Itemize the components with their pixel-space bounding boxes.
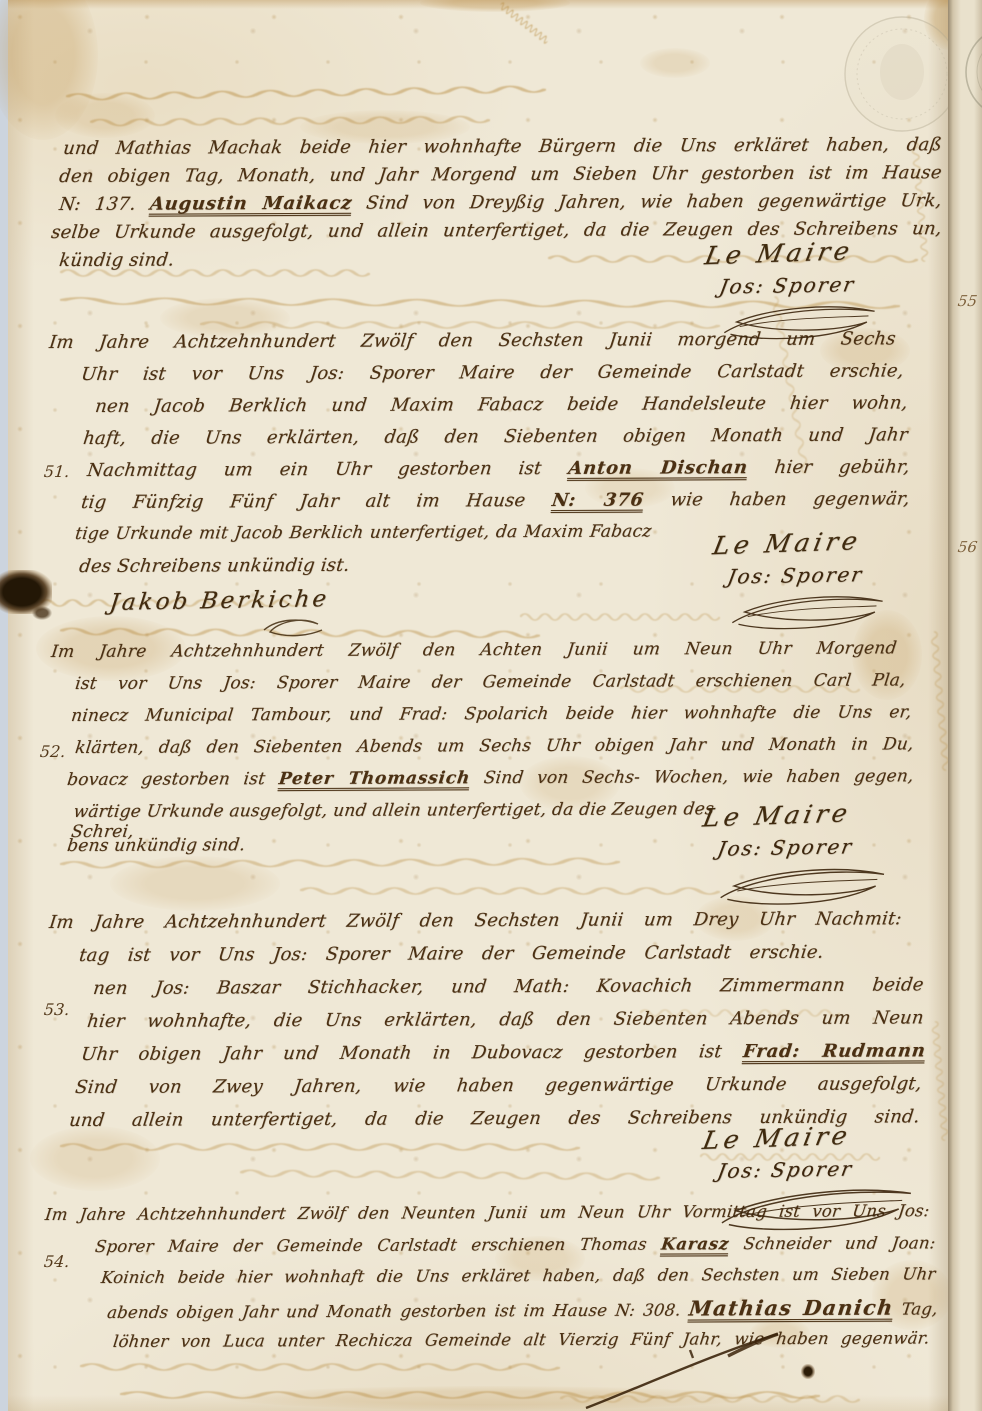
witness-signature: Jakob Berkiche	[108, 586, 331, 616]
mayor-signature-name: Jos: Sporer	[718, 271, 899, 298]
margin-entry-number: 53.	[43, 1000, 70, 1019]
paper-stain	[110, 856, 280, 911]
mayor-signature-name: Jos: Sporer	[726, 561, 907, 588]
mayor-signature-title: Le Maire	[702, 235, 899, 271]
manuscript-line: abends obigen Jahr und Monath gestorben …	[106, 1295, 939, 1323]
manuscript-line: bovacz gestorben ist Peter Thomassich Si…	[66, 766, 915, 790]
signature-flourish	[704, 1183, 934, 1235]
manuscript-line: ist vor Uns Jos: Sporer Maire der Gemein…	[74, 670, 907, 694]
manuscript-line: N: 137. Augustin Maikacz Sind von Dreyßi…	[58, 190, 943, 215]
line-segment: tig Fünfzig Fünf Jahr alt im Hause	[80, 490, 553, 513]
mayor-signature-block-3: Le Maire Jos: Sporer	[704, 800, 904, 911]
ink-bleedthrough	[80, 1360, 560, 1374]
margin-entry-number: 51.	[43, 462, 70, 481]
line-segment: hier gebühr,	[747, 456, 911, 478]
signature-flourish	[704, 861, 904, 911]
ink-bleedthrough	[300, 884, 720, 898]
manuscript-line: tige Urkunde mit Jacob Berklich unterfer…	[74, 521, 653, 544]
signature-flourish	[714, 589, 904, 635]
manuscript-line: den obigen Tag, Monath, und Jahr Morgend…	[58, 162, 943, 187]
next-page-entry-number: 56	[957, 538, 979, 556]
paper-stain	[55, 93, 155, 138]
house-number: N: 376	[551, 490, 645, 511]
next-page-seal-partial	[950, 16, 982, 126]
paper-stain	[640, 48, 710, 78]
manuscript-line: Uhr obigen Jahr und Monath in Dubovacz g…	[80, 1040, 927, 1065]
paper-stain	[30, 1126, 160, 1191]
witness-name: Karasz	[660, 1234, 730, 1253]
manuscript-line: Im Jahre Achtzehnhundert Zwölf den Achte…	[50, 638, 898, 662]
ink-blot	[32, 606, 52, 620]
manuscript-line: des Schreibens unkündig ist.	[78, 555, 411, 577]
line-segment: wie haben gegenwär,	[643, 488, 911, 510]
margin-entry-number: 52.	[39, 742, 66, 761]
manuscript-line: nen Jacob Berklich und Maxim Fabacz beid…	[94, 392, 909, 417]
line-segment: N: 137.	[58, 194, 151, 215]
manuscript-line: bens unkündig sind.	[66, 835, 308, 856]
deceased-name: Peter Thomassich	[278, 768, 472, 789]
manuscript-line: haft, die Uns erklärten, daß den Siebent…	[82, 424, 909, 449]
witness-signature-flourish	[258, 614, 330, 640]
mayor-signature-name: Jos: Sporer	[716, 833, 907, 860]
deceased-name: Frad: Rudmann	[742, 1040, 927, 1062]
mayor-signature-block-2: Le Maire Jos: Sporer	[714, 528, 904, 635]
mayor-signature-block-4: Le Maire Jos: Sporer	[704, 1122, 934, 1235]
mayor-signature-block-1: Le Maire Jos: Sporer	[706, 238, 896, 345]
manuscript-line: Koinich beide hier wohnhaft die Uns erkl…	[100, 1264, 937, 1287]
line-segment: abends obigen Jahr und Monath gestorben …	[106, 1300, 690, 1322]
deceased-name: Anton Dischan	[567, 457, 749, 479]
manuscript-line: und Mathias Machak beide hier wohnhafte …	[62, 134, 943, 159]
margin-entry-number: 54.	[43, 1252, 70, 1271]
manuscript-line: tig Fünfzig Fünf Jahr alt im Hause N: 37…	[80, 488, 911, 513]
line-segment: Sind von Sechs- Wochen, wie haben gegen,	[469, 766, 915, 788]
manuscript-line: klärten, daß den Siebenten Abends um Sec…	[74, 734, 915, 758]
mayor-signature-name: Jos: Sporer	[716, 1155, 937, 1183]
line-segment: Sporer Maire der Gemeinde Carlstadt ersc…	[94, 1235, 662, 1256]
line-segment: Sind von Dreyßig Jahren, wie haben gegen…	[351, 190, 943, 214]
deceased-name: Mathias Danich	[688, 1296, 895, 1321]
manuscript-line: Uhr ist vor Uns Jos: Sporer Maire der Ge…	[80, 360, 905, 385]
manuscript-line: Sind von Zwey Jahren, wie haben gegenwär…	[74, 1073, 923, 1098]
ink-bleedthrough	[240, 1166, 660, 1184]
mayor-signature-title: Le Maire	[700, 1118, 937, 1155]
line-segment: Uhr obigen Jahr und Monath in Dubovacz g…	[80, 1041, 744, 1065]
manuscript-line: tag ist vor Uns Jos: Sporer Maire der Ge…	[78, 942, 825, 966]
manuscript-line: kündig sind.	[58, 249, 301, 271]
line-segment: bovacz gestorben ist	[66, 769, 280, 790]
mayor-signature-title: Le Maire	[710, 525, 907, 561]
scanned-manuscript: { "document": { "type_note": "handwritte…	[0, 0, 982, 1411]
signature-flourish	[706, 299, 896, 345]
manuscript-line: löhner von Luca unter Rechicza Gemeinde …	[112, 1328, 931, 1351]
manuscript-line: Im Jahre Achtzehnhundert Zwölf den Sechs…	[48, 908, 903, 933]
manuscript-line: Sporer Maire der Gemeinde Carlstadt ersc…	[94, 1233, 937, 1256]
next-page-fore-edge: 55 56	[948, 0, 982, 1411]
manuscript-line: Nachmittag um ein Uhr gestorben ist Anto…	[86, 456, 911, 481]
paper-stain	[420, 0, 570, 12]
manuscript-line: ninecz Municipal Tambour, und Frad: Spol…	[70, 702, 913, 726]
ink-bleedthrough	[520, 610, 720, 624]
mayor-signature-title: Le Maire	[700, 797, 907, 833]
ink-dot	[801, 1364, 815, 1379]
manuscript-line: nen Jos: Baszar Stichhacker, und Math: K…	[92, 974, 925, 999]
line-segment: Tag,	[892, 1299, 939, 1318]
pen-stroke-flourish	[578, 1322, 793, 1411]
next-page-entry-number: 55	[957, 292, 979, 310]
deceased-name: Augustin Maikacz	[149, 193, 354, 215]
manuscript-page: und Mathias Machak beide hier wohnhafte …	[8, 0, 948, 1411]
manuscript-line: hier wohnhafte, die Uns erklärten, daß d…	[86, 1007, 925, 1032]
line-segment: Schneider und Joan:	[728, 1233, 937, 1253]
line-segment: Nachmittag um ein Uhr gestorben ist	[86, 458, 570, 481]
